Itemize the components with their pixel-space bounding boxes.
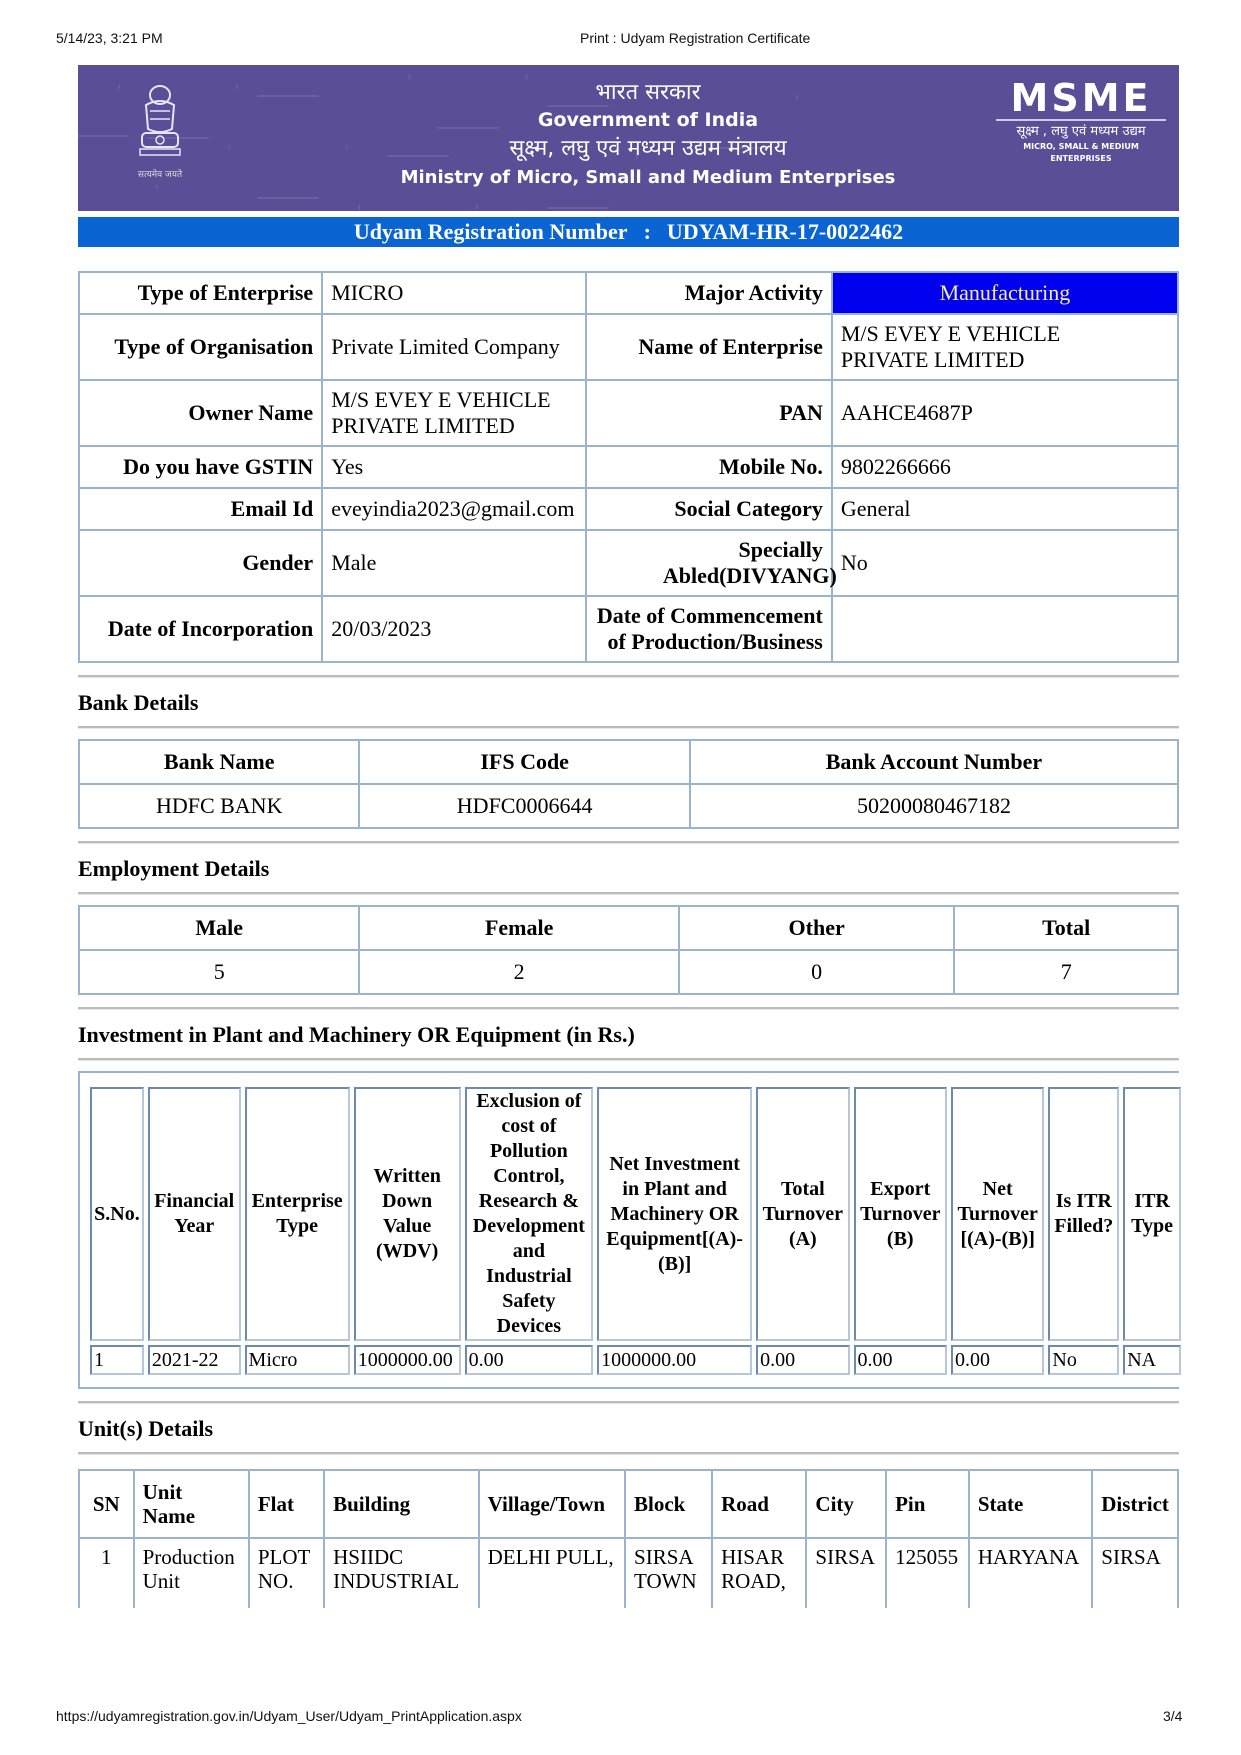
column-header: Enterprise Type [245, 1087, 350, 1341]
unit-cell: HARYANA [969, 1538, 1092, 1608]
table-row: 5 2 0 7 [79, 950, 1178, 994]
unit-cell: 1 [79, 1538, 134, 1608]
column-header: ITR Type [1123, 1087, 1181, 1341]
emblem-motto: सत्यमेव जयते [128, 167, 192, 180]
divyang-label: Specially Abled(DIVYANG) [663, 537, 823, 589]
investment-cell: No [1048, 1345, 1119, 1375]
account-number-cell: 50200080467182 [690, 784, 1178, 828]
hindi-government-title: भारत सरकार [358, 79, 938, 107]
enterprise-name-value: M/S EVEY E VEHICLE PRIVATE LIMITED [841, 321, 1066, 373]
column-header: Other [679, 906, 955, 950]
print-datetime: 5/14/23, 3:21 PM [56, 30, 163, 46]
table-row: HDFC BANK HDFC0006644 50200080467182 [79, 784, 1178, 828]
detail-value: 9802266666 [832, 446, 1178, 488]
column-header: Unit Name [134, 1470, 249, 1538]
column-header: Pin [886, 1470, 969, 1538]
enterprise-details-table: Type of Enterprise MICRO Major Activity … [78, 271, 1179, 663]
detail-label: Type of Organisation [79, 314, 322, 380]
detail-label: PAN [586, 380, 832, 446]
detail-label: Specially Abled(DIVYANG) [586, 530, 832, 596]
detail-value: Male [322, 530, 586, 596]
divider [78, 892, 1179, 895]
units-heading: Unit(s) Details [78, 1404, 1179, 1452]
column-header: Is ITR Filled? [1048, 1087, 1119, 1341]
investment-cell: 1000000.00 [354, 1345, 461, 1375]
investment-cell: 0.00 [951, 1345, 1044, 1375]
column-header: City [806, 1470, 886, 1538]
column-header: District [1092, 1470, 1178, 1538]
column-header: Building [324, 1470, 478, 1538]
detail-value: 20/03/2023 [322, 596, 586, 662]
investment-table: S.No.Financial YearEnterprise TypeWritte… [86, 1083, 1185, 1379]
details-row: Type of Enterprise MICRO Major Activity … [79, 272, 1178, 314]
ministry-banner: सत्यमेव जयते भारत सरकार Government of In… [78, 65, 1179, 211]
detail-label: Do you have GSTIN [79, 446, 322, 488]
details-row: Date of Incorporation 20/03/2023 Date of… [79, 596, 1178, 662]
detail-value: Private Limited Company [322, 314, 586, 380]
msme-logo-mark: MSME [996, 79, 1166, 121]
government-title-block: भारत सरकार Government of India सूक्ष्म, … [358, 79, 938, 191]
other-count-cell: 0 [679, 950, 955, 994]
detail-label: Major Activity [586, 272, 832, 314]
investment-cell: NA [1123, 1345, 1181, 1375]
column-header: Financial Year [148, 1087, 241, 1341]
details-row: Type of Organisation Private Limited Com… [79, 314, 1178, 380]
hindi-ministry-title: सूक्ष्म, लघु एवं मध्यम उद्यम मंत्रालय [358, 133, 938, 165]
detail-value: No [832, 530, 1178, 596]
units-table: SNUnit NameFlatBuildingVillage/TownBlock… [78, 1469, 1179, 1608]
column-header: SN [79, 1470, 134, 1538]
detail-label: Owner Name [79, 380, 322, 446]
detail-value: General [832, 488, 1178, 530]
unit-cell: SIRSA TOWN [625, 1538, 712, 1608]
column-header: State [969, 1470, 1092, 1538]
column-header: Block [625, 1470, 712, 1538]
employment-details-table: Male Female Other Total 5 2 0 7 [78, 905, 1179, 995]
column-header: Net Turnover [(A)-(B)] [951, 1087, 1044, 1341]
unit-cell: SIRSA [1092, 1538, 1178, 1608]
table-header-row: Male Female Other Total [79, 906, 1178, 950]
registration-number: UDYAM-HR-17-0022462 [667, 219, 903, 244]
bank-name-cell: HDFC BANK [79, 784, 359, 828]
female-count-cell: 2 [359, 950, 678, 994]
detail-value: MICRO [322, 272, 586, 314]
column-header: IFS Code [359, 740, 689, 784]
detail-value: AAHCE4687P [832, 380, 1178, 446]
national-emblem-icon: सत्यमेव जयते [128, 81, 192, 181]
detail-label: Social Category [586, 488, 832, 530]
detail-value [832, 596, 1178, 662]
column-header: Village/Town [479, 1470, 625, 1538]
investment-heading: Investment in Plant and Machinery OR Equ… [78, 1010, 1179, 1058]
detail-label: Type of Enterprise [79, 272, 322, 314]
detail-label: Gender [79, 530, 322, 596]
column-header: Road [712, 1470, 806, 1538]
divider [78, 1058, 1179, 1061]
print-title: Print : Udyam Registration Certificate [580, 30, 810, 46]
column-header: Female [359, 906, 678, 950]
investment-cell: Micro [245, 1345, 350, 1375]
column-header: Bank Name [79, 740, 359, 784]
column-header: Export Turnover (B) [854, 1087, 947, 1341]
major-activity-value: Manufacturing [832, 272, 1178, 314]
investment-table-frame: S.No.Financial YearEnterprise TypeWritte… [78, 1071, 1179, 1389]
msme-logo-hindi: सूक्ष्म , लघु एवं मध्यम उद्यम [996, 123, 1166, 141]
details-row: Do you have GSTIN Yes Mobile No. 9802266… [79, 446, 1178, 488]
investment-cell: 0.00 [465, 1345, 594, 1375]
column-header: Bank Account Number [690, 740, 1178, 784]
registration-separator: : [644, 219, 651, 244]
msme-logo: MSME सूक्ष्म , लघु एवं मध्यम उद्यम MICRO… [996, 79, 1166, 165]
column-header: Net Investment in Plant and Machinery OR… [597, 1087, 752, 1341]
male-count-cell: 5 [79, 950, 359, 994]
unit-cell: SIRSA [806, 1538, 886, 1608]
table-row: 1Production UnitPLOT NO.HSIIDC INDUSTRIA… [79, 1538, 1178, 1608]
detail-label: Date of Incorporation [79, 596, 322, 662]
column-header: Flat [249, 1470, 324, 1538]
investment-cell: 0.00 [854, 1345, 947, 1375]
detail-label: Mobile No. [586, 446, 832, 488]
details-row: Owner Name M/S EVEY E VEHICLE PRIVATE LI… [79, 380, 1178, 446]
unit-cell: DELHI PULL, [479, 1538, 625, 1608]
table-header-row: Bank Name IFS Code Bank Account Number [79, 740, 1178, 784]
column-header: S.No. [90, 1087, 144, 1341]
unit-cell: 125055 [886, 1538, 969, 1608]
divider [78, 1452, 1179, 1455]
certificate-page: सत्यमेव जयते भारत सरकार Government of In… [78, 65, 1179, 1608]
divider [78, 726, 1179, 729]
page-number: 3/4 [1163, 1708, 1182, 1724]
detail-value: M/S EVEY E VEHICLE PRIVATE LIMITED [322, 380, 586, 446]
ifs-code-cell: HDFC0006644 [359, 784, 689, 828]
table-header-row: S.No.Financial YearEnterprise TypeWritte… [90, 1087, 1181, 1341]
column-header: Male [79, 906, 359, 950]
unit-cell: HISAR ROAD, [712, 1538, 806, 1608]
msme-logo-english: MICRO, SMALL & MEDIUM ENTERPRISES [996, 141, 1166, 165]
detail-value: M/S EVEY E VEHICLE PRIVATE LIMITED [832, 314, 1178, 380]
details-row: Gender Male Specially Abled(DIVYANG) No [79, 530, 1178, 596]
column-header: Exclusion of cost of Pollution Control, … [465, 1087, 594, 1341]
investment-cell: 2021-22 [148, 1345, 241, 1375]
table-header-row: SNUnit NameFlatBuildingVillage/TownBlock… [79, 1470, 1178, 1538]
detail-value: Yes [322, 446, 586, 488]
unit-cell: HSIIDC INDUSTRIAL [324, 1538, 478, 1608]
page-url: https://udyamregistration.gov.in/Udyam_U… [56, 1708, 522, 1724]
registration-label: Udyam Registration Number [354, 219, 628, 244]
detail-label: Date of Commencement of Production/Busin… [586, 596, 832, 662]
english-ministry-title: Ministry of Micro, Small and Medium Ente… [358, 165, 938, 191]
investment-cell: 0.00 [756, 1345, 849, 1375]
detail-label: Email Id [79, 488, 322, 530]
table-row: 12021-22Micro1000000.000.001000000.000.0… [90, 1345, 1181, 1375]
owner-name-value: M/S EVEY E VEHICLE PRIVATE LIMITED [331, 387, 571, 439]
english-government-title: Government of India [358, 107, 938, 133]
detail-label: Name of Enterprise [586, 314, 832, 380]
column-header: Written Down Value (WDV) [354, 1087, 461, 1341]
employment-details-heading: Employment Details [78, 844, 1179, 892]
column-header: Total Turnover (A) [756, 1087, 849, 1341]
unit-cell: PLOT NO. [249, 1538, 324, 1608]
bank-details-heading: Bank Details [78, 678, 1179, 726]
investment-cell: 1000000.00 [597, 1345, 752, 1375]
bank-details-table: Bank Name IFS Code Bank Account Number H… [78, 739, 1179, 829]
investment-cell: 1 [90, 1345, 144, 1375]
registration-number-bar: Udyam Registration Number:UDYAM-HR-17-00… [78, 217, 1179, 247]
detail-value: eveyindia2023@gmail.com [322, 488, 586, 530]
details-row: Email Id eveyindia2023@gmail.com Social … [79, 488, 1178, 530]
total-count-cell: 7 [954, 950, 1178, 994]
unit-cell: Production Unit [134, 1538, 249, 1608]
column-header: Total [954, 906, 1178, 950]
